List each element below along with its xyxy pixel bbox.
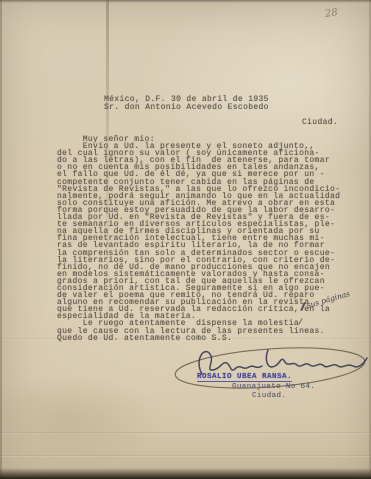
signer-address: Guanajuato No 64.: [232, 383, 315, 391]
recipient-line: Sr. don Antonio Acevedo Escobedo: [104, 104, 269, 112]
letter-scan-page: 28 México, D.F. 30 de abril de 1935 Sr. …: [0, 0, 371, 479]
scan-left-edge: [0, 0, 2, 479]
signature-stroke: [199, 350, 367, 374]
handwritten-page-number: 28: [324, 7, 338, 20]
horizontal-crease: [0, 455, 371, 457]
letter-body: Muy señor mío: Envío a Ud. la presente y…: [57, 136, 340, 342]
horizontal-crease: [0, 432, 371, 434]
scan-top-edge: [0, 0, 371, 3]
scan-bottom-edge: [0, 468, 371, 479]
typed-signer-name: ROSALIO UBEA RANSA.: [197, 373, 292, 382]
recipient-city: Ciudad.: [302, 118, 338, 127]
signer-city: Ciudad.: [252, 392, 286, 400]
